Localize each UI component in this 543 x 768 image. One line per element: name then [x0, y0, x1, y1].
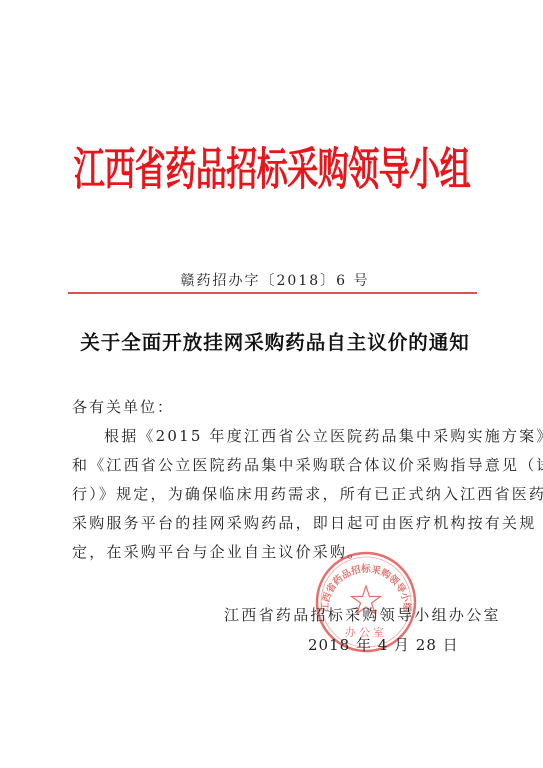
document-number: 赣药招办字〔2018〕6 号 — [60, 270, 490, 290]
issue-date: 2018 年 4 月 28 日 — [308, 634, 459, 655]
body-paragraph-line: 定，在采购平台与企业自主议价采购。 — [72, 541, 364, 562]
body-paragraph-line: 采购服务平台的挂网采购药品，即日起可由医疗机构按有关规 — [72, 512, 478, 533]
salutation: 各有关单位： — [72, 396, 174, 417]
body-paragraph-line: 根据《2015 年度江西省公立医院药品集中采购实施方案》 — [104, 425, 478, 446]
issuer-signature: 江西省药品招标采购领导小组办公室 — [224, 604, 501, 625]
red-divider-line — [68, 292, 477, 294]
body-paragraph-line: 行）》规定，为确保临床用药需求，所有已正式纳入江西省医药 — [72, 483, 478, 504]
notice-subject: 关于全面开放挂网采购药品自主议价的通知 — [60, 327, 490, 355]
organization-title: 江西省药品招标采购领导小组 — [62, 127, 482, 214]
body-paragraph-line: 和《江西省公立医院药品集中采购联合体议价采购指导意见（试 — [72, 454, 478, 475]
